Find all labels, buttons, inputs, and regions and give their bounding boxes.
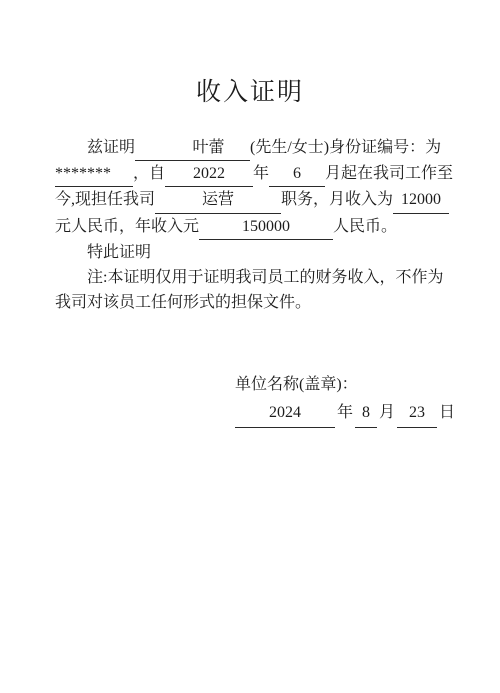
employee-name-blank: 叶蕾	[135, 135, 250, 161]
id-line: *******，自2022年6月起在我司工作至	[55, 161, 445, 187]
intro-suffix: (先生/女士)身份证编号：为	[250, 139, 441, 156]
date-month-unit: 月	[377, 404, 397, 421]
position-line-mid: 职务，月收入为	[281, 191, 393, 208]
date-day-blank: 23	[397, 399, 437, 428]
annual-income-blank: 150000	[199, 214, 333, 240]
date-month-blank: 8	[355, 399, 377, 428]
document-title: 收入证明	[0, 0, 500, 108]
intro-prefix: 兹证明	[87, 139, 135, 156]
date-line: 2024年8月23日	[235, 399, 500, 428]
position-line-prefix: 今,现担任我司	[55, 191, 155, 208]
income-certificate-page: 收入证明 兹证明叶蕾(先生/女士)身份证编号：为 *******，自2022年6…	[0, 0, 500, 693]
date-year-blank: 2024	[235, 399, 335, 428]
signature-block: 单位名称(盖章)： 2024年8月23日	[235, 371, 500, 428]
id-line-suffix: 月起在我司工作至	[325, 165, 453, 182]
start-year-unit: 年	[253, 165, 269, 182]
start-month-blank: 6	[269, 161, 325, 187]
id-line-sep: ，自	[133, 165, 165, 182]
date-day-unit: 日	[437, 404, 457, 421]
monthly-income-blank: 12000	[393, 187, 449, 213]
date-year-unit: 年	[335, 404, 355, 421]
id-number-blank: *******	[55, 161, 133, 187]
company-seal-label: 单位名称(盖章)：	[235, 371, 500, 399]
position-blank: 运营	[155, 187, 281, 213]
income-line-prefix: 元人民币，年收入元	[55, 218, 199, 235]
income-line: 元人民币，年收入元150000人民币。	[55, 214, 445, 240]
disclaimer-note: 注:本证明仅用于证明我司员工的财务收入，不作为我司对该员工任何形式的担保文件。	[55, 265, 445, 315]
start-year-blank: 2022	[165, 161, 253, 187]
intro-line: 兹证明叶蕾(先生/女士)身份证编号：为	[55, 135, 445, 161]
hereby-line: 特此证明	[55, 240, 445, 265]
position-line: 今,现担任我司运营职务，月收入为12000	[55, 187, 445, 213]
income-line-suffix: 人民币。	[333, 218, 397, 235]
certificate-body: 兹证明叶蕾(先生/女士)身份证编号：为 *******，自2022年6月起在我司…	[55, 135, 445, 315]
